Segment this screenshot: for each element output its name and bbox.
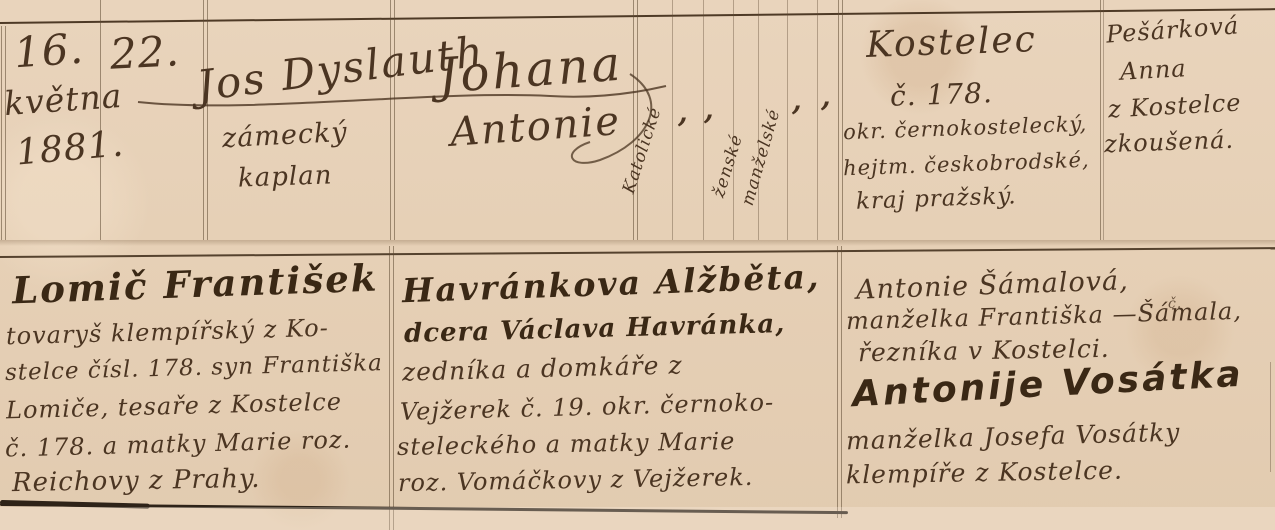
midwife-qualification: zkoušená. xyxy=(1104,126,1235,159)
ditto-mark: , xyxy=(704,93,714,126)
grid-line xyxy=(841,246,842,518)
grid-line xyxy=(393,246,394,530)
midwife-surname: Pešárková xyxy=(1105,11,1240,48)
father-line-4: č. 178. a matky Marie roz. xyxy=(5,425,352,462)
strip-seam xyxy=(0,240,1275,246)
next-row-paper xyxy=(0,507,1275,530)
grid-line xyxy=(100,0,101,240)
mother-line-1: dcera Václava Havránka, xyxy=(404,309,786,349)
grid-line xyxy=(733,0,734,240)
birthplace-region: kraj pražský. xyxy=(856,183,1017,215)
father-line-3: Lomiče, tesaře z Kostelce xyxy=(6,388,343,425)
birthplace-hauptmannschaft: hejtm. českobrodské, xyxy=(843,148,1090,181)
godmother-1-name: Antonie Šámalová, xyxy=(856,265,1130,305)
grid-line xyxy=(1103,0,1104,240)
mother-line-3: Vejžerek č. 19. okr. černoko- xyxy=(400,388,775,426)
ditto-mark: , xyxy=(821,80,831,113)
parish-register-page: 16. května 1881. 22. Jos Dyslauth zámeck… xyxy=(0,0,1275,530)
father-line-2: stelce čísl. 178. syn Františka xyxy=(5,350,383,386)
priest-title-1: zámecký xyxy=(221,117,348,155)
midwife-firstname: Anna xyxy=(1119,54,1187,85)
father-name: Lomič František xyxy=(11,256,379,313)
godmother-2-husband-occupation: klempíře z Kostelce. xyxy=(846,456,1123,490)
grid-line xyxy=(1270,362,1271,472)
mother-line-5: roz. Vomáčkovy z Vejžerek. xyxy=(398,463,754,497)
birthplace-number: č. 178. xyxy=(889,76,993,113)
godmother-2-relation: manželka Josefa Vosátky xyxy=(846,418,1181,456)
priest-title-2: kaplan xyxy=(238,160,333,193)
record-number: 22. xyxy=(109,26,181,79)
ditto-mark: , xyxy=(678,96,688,129)
bottom-section-top-rule xyxy=(0,247,1275,258)
grid-line xyxy=(5,26,6,240)
birthplace-town: Kostelec xyxy=(865,19,1037,66)
mother-line-2: zedníka a domkáře z xyxy=(402,350,683,386)
father-line-5: Reichovy z Prahy. xyxy=(12,464,261,498)
grid-line xyxy=(837,246,838,518)
grid-line xyxy=(787,0,788,240)
legitimacy-value: manželské xyxy=(738,107,785,208)
father-line-1: tovaryš klempířský z Ko- xyxy=(6,314,329,350)
grid-line xyxy=(817,0,818,240)
mother-line-4: steleckého a matky Marie xyxy=(397,427,736,461)
date-month: května xyxy=(3,76,124,123)
birthplace-district: okr. černokostelecký, xyxy=(843,112,1088,145)
mother-name: Havránkova Alžběta, xyxy=(401,257,821,311)
ditto-mark: , xyxy=(792,84,802,117)
grid-line xyxy=(1100,0,1101,240)
midwife-origin: z Kostelce xyxy=(1107,89,1242,124)
date-year: 1881. xyxy=(14,123,125,173)
grid-line xyxy=(389,246,390,530)
grid-line xyxy=(1,26,2,240)
grid-line xyxy=(838,0,839,240)
date-day: 16. xyxy=(12,24,85,78)
